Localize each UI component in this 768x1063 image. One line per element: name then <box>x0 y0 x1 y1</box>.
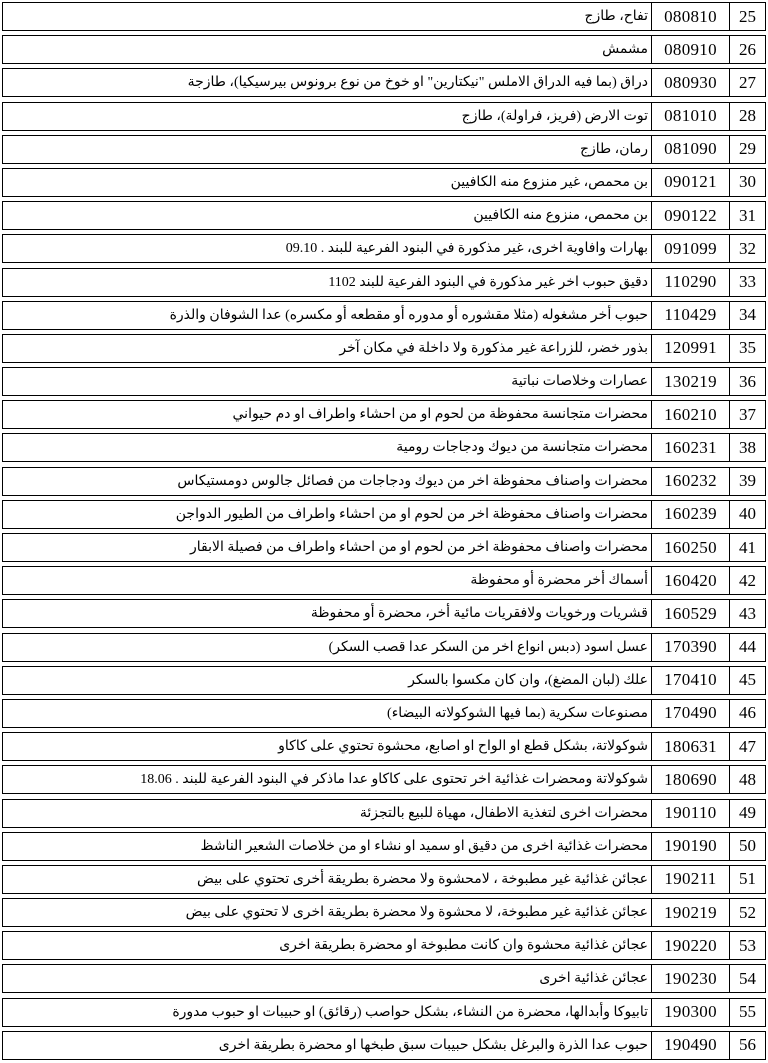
table-row: 36 130219 عصارات وخلاصات نباتية <box>2 367 766 396</box>
row-number-cell: 41 <box>729 534 765 561</box>
description-cell: شوكولاتة ومحضرات غذائية اخر تحتوى على كا… <box>3 766 651 793</box>
hs-code-cell: 190219 <box>651 899 729 926</box>
hs-code-cell: 170490 <box>651 700 729 727</box>
row-number-cell: 56 <box>729 1032 765 1059</box>
hs-code-cell: 130219 <box>651 368 729 395</box>
table-row: 37 160210 محضرات متجانسة محفوظة من لحوم … <box>2 400 766 429</box>
hs-code-cell: 081090 <box>651 136 729 163</box>
hs-code-cell: 190211 <box>651 866 729 893</box>
description-cell: علك (لبان المضغ)، وان كان مكسوا بالسكر <box>3 667 651 694</box>
row-number-cell: 35 <box>729 335 765 362</box>
table-row: 46 170490 مصنوعات سكرية (بما فيها الشوكو… <box>2 699 766 728</box>
hs-code-cell: 160250 <box>651 534 729 561</box>
table-row: 26 080910 مشمش <box>2 35 766 64</box>
row-number-cell: 29 <box>729 136 765 163</box>
row-number-cell: 49 <box>729 800 765 827</box>
description-cell: بهارات وافاوية اخرى، غير مذكورة في البنو… <box>3 235 651 262</box>
table-row: 38 160231 محضرات متجانسة من ديوك ودجاجات… <box>2 433 766 462</box>
description-cell: بذور خضر، للزراعة غير مذكورة ولا داخلة ف… <box>3 335 651 362</box>
hs-code-cell: 091099 <box>651 235 729 262</box>
hs-code-cell: 190490 <box>651 1032 729 1059</box>
row-number-cell: 30 <box>729 169 765 196</box>
row-number-cell: 53 <box>729 932 765 959</box>
hs-code-cell: 180690 <box>651 766 729 793</box>
hs-code-cell: 160231 <box>651 434 729 461</box>
description-cell: عجائن غذائية غير مطبوخة ، لامحشوة ولا مح… <box>3 866 651 893</box>
table-row: 35 120991 بذور خضر، للزراعة غير مذكورة و… <box>2 334 766 363</box>
hs-code-cell: 160529 <box>651 600 729 627</box>
description-cell: محضرات متجانسة من ديوك ودجاجات رومية <box>3 434 651 461</box>
description-cell: أسماك أخر محضرة أو محفوظة <box>3 567 651 594</box>
table-row: 39 160232 محضرات واصناف محفوظة اخر من دي… <box>2 467 766 496</box>
table-row: 42 160420 أسماك أخر محضرة أو محفوظة <box>2 566 766 595</box>
hs-code-cell: 080910 <box>651 36 729 63</box>
description-cell: عجائن غذائية غير مطبوخة، لا محشوة ولا مح… <box>3 899 651 926</box>
row-number-cell: 46 <box>729 700 765 727</box>
table-row: 40 160239 محضرات واصناف محفوظة اخر من لح… <box>2 500 766 529</box>
table-body: 25 080810 تفاح، طازج 26 080910 مشمش 27 0… <box>2 2 766 1060</box>
hs-code-cell: 120991 <box>651 335 729 362</box>
row-number-cell: 32 <box>729 235 765 262</box>
table-row: 49 190110 محضرات اخرى لتغذية الاطفال، مه… <box>2 799 766 828</box>
row-number-cell: 51 <box>729 866 765 893</box>
row-number-cell: 42 <box>729 567 765 594</box>
description-cell: عجائن غذائية اخرى <box>3 965 651 992</box>
table-row: 43 160529 قشريات ورخويات ولافقريات مائية… <box>2 599 766 628</box>
row-number-cell: 28 <box>729 103 765 130</box>
description-cell: محضرات واصناف محفوظة اخر من لحوم او من ا… <box>3 534 651 561</box>
table-row: 31 090122 بن محمص، منزوع منه الكافيين <box>2 201 766 230</box>
description-cell: حبوب أخر مشغوله (مثلا مقشوره أو مدوره أو… <box>3 302 651 329</box>
description-cell: دقيق حبوب اخر غير مذكورة في البنود الفرع… <box>3 269 651 296</box>
row-number-cell: 55 <box>729 999 765 1026</box>
row-number-cell: 48 <box>729 766 765 793</box>
table-row: 52 190219 عجائن غذائية غير مطبوخة، لا مح… <box>2 898 766 927</box>
hs-code-cell: 090122 <box>651 202 729 229</box>
hs-code-cell: 160232 <box>651 468 729 495</box>
description-cell: محضرات واصناف محفوظة اخر من لحوم او من ا… <box>3 501 651 528</box>
hs-code-cell: 090121 <box>651 169 729 196</box>
row-number-cell: 43 <box>729 600 765 627</box>
table-row: 28 081010 توت الارض (فريز، فراولة)، طازج <box>2 102 766 131</box>
table-row: 41 160250 محضرات واصناف محفوظة اخر من لح… <box>2 533 766 562</box>
row-number-cell: 39 <box>729 468 765 495</box>
description-cell: شوكولاتة، بشكل قطع او الواح او اصابع، مح… <box>3 733 651 760</box>
description-cell: عجائن غذائية محشوة وان كانت مطبوخة او مح… <box>3 932 651 959</box>
table-row: 32 091099 بهارات وافاوية اخرى، غير مذكور… <box>2 234 766 263</box>
hs-code-cell: 110290 <box>651 269 729 296</box>
hs-code-cell: 160420 <box>651 567 729 594</box>
table-row: 34 110429 حبوب أخر مشغوله (مثلا مقشوره أ… <box>2 301 766 330</box>
row-number-cell: 25 <box>729 3 765 30</box>
table-row: 25 080810 تفاح، طازج <box>2 2 766 31</box>
table-row: 55 190300 تابيوكا وأبدالها، محضرة من الن… <box>2 998 766 1027</box>
table-row: 50 190190 محضرات غذائية اخرى من دقيق او … <box>2 832 766 861</box>
table-row: 47 180631 شوكولاتة، بشكل قطع او الواح او… <box>2 732 766 761</box>
row-number-cell: 44 <box>729 634 765 661</box>
table-row: 48 180690 شوكولاتة ومحضرات غذائية اخر تح… <box>2 765 766 794</box>
hs-code-cell: 190220 <box>651 932 729 959</box>
hs-code-cell: 190300 <box>651 999 729 1026</box>
table-row: 53 190220 عجائن غذائية محشوة وان كانت مط… <box>2 931 766 960</box>
row-number-cell: 47 <box>729 733 765 760</box>
table-row: 44 170390 عسل اسود (دبس انواع اخر من الس… <box>2 633 766 662</box>
hs-code-cell: 190110 <box>651 800 729 827</box>
table-row: 51 190211 عجائن غذائية غير مطبوخة ، لامح… <box>2 865 766 894</box>
hs-code-cell: 160239 <box>651 501 729 528</box>
description-cell: محضرات غذائية اخرى من دقيق او سميد او نش… <box>3 833 651 860</box>
table-row: 30 090121 بن محمص، غير منزوع منه الكافيي… <box>2 168 766 197</box>
table-row: 45 170410 علك (لبان المضغ)، وان كان مكسو… <box>2 666 766 695</box>
row-number-cell: 36 <box>729 368 765 395</box>
row-number-cell: 27 <box>729 69 765 96</box>
hs-code-cell: 080810 <box>651 3 729 30</box>
hs-code-cell: 170410 <box>651 667 729 694</box>
description-cell: عصارات وخلاصات نباتية <box>3 368 651 395</box>
description-cell: محضرات متجانسة محفوظة من لحوم او من احشا… <box>3 401 651 428</box>
description-cell: بن محمص، منزوع منه الكافيين <box>3 202 651 229</box>
row-number-cell: 38 <box>729 434 765 461</box>
description-cell: مشمش <box>3 36 651 63</box>
hs-code-cell: 180631 <box>651 733 729 760</box>
table-row: 54 190230 عجائن غذائية اخرى <box>2 964 766 993</box>
row-number-cell: 26 <box>729 36 765 63</box>
table-row: 27 080930 دراق (بما فيه الدراق الاملس "ن… <box>2 68 766 97</box>
table-row: 29 081090 رمان، طازج <box>2 135 766 164</box>
hs-code-cell: 110429 <box>651 302 729 329</box>
description-cell: بن محمص، غير منزوع منه الكافيين <box>3 169 651 196</box>
table-row: 33 110290 دقيق حبوب اخر غير مذكورة في ال… <box>2 268 766 297</box>
description-cell: دراق (بما فيه الدراق الاملس "نيكتارين" ا… <box>3 69 651 96</box>
table-row: 56 190490 حبوب عدا الذرة والبرغل بشكل حب… <box>2 1031 766 1060</box>
description-cell: رمان، طازج <box>3 136 651 163</box>
row-number-cell: 31 <box>729 202 765 229</box>
description-cell: تابيوكا وأبدالها، محضرة من النشاء، بشكل … <box>3 999 651 1026</box>
description-cell: محضرات واصناف محفوظة اخر من ديوك ودجاجات… <box>3 468 651 495</box>
hs-code-cell: 081010 <box>651 103 729 130</box>
description-cell: قشريات ورخويات ولافقريات مائية أخر، محضر… <box>3 600 651 627</box>
row-number-cell: 34 <box>729 302 765 329</box>
hs-code-cell: 170390 <box>651 634 729 661</box>
row-number-cell: 37 <box>729 401 765 428</box>
hs-code-cell: 080930 <box>651 69 729 96</box>
row-number-cell: 33 <box>729 269 765 296</box>
description-cell: تفاح، طازج <box>3 3 651 30</box>
description-cell: عسل اسود (دبس انواع اخر من السكر عدا قصب… <box>3 634 651 661</box>
hs-codes-table-page: 25 080810 تفاح، طازج 26 080910 مشمش 27 0… <box>0 0 768 1063</box>
row-number-cell: 45 <box>729 667 765 694</box>
row-number-cell: 54 <box>729 965 765 992</box>
hs-code-cell: 190230 <box>651 965 729 992</box>
description-cell: توت الارض (فريز، فراولة)، طازج <box>3 103 651 130</box>
hs-code-cell: 160210 <box>651 401 729 428</box>
description-cell: مصنوعات سكرية (بما فيها الشوكولاته البيض… <box>3 700 651 727</box>
description-cell: محضرات اخرى لتغذية الاطفال، مهياة للبيع … <box>3 800 651 827</box>
row-number-cell: 50 <box>729 833 765 860</box>
row-number-cell: 40 <box>729 501 765 528</box>
hs-code-cell: 190190 <box>651 833 729 860</box>
description-cell: حبوب عدا الذرة والبرغل بشكل حبيبات سبق ط… <box>3 1032 651 1059</box>
row-number-cell: 52 <box>729 899 765 926</box>
